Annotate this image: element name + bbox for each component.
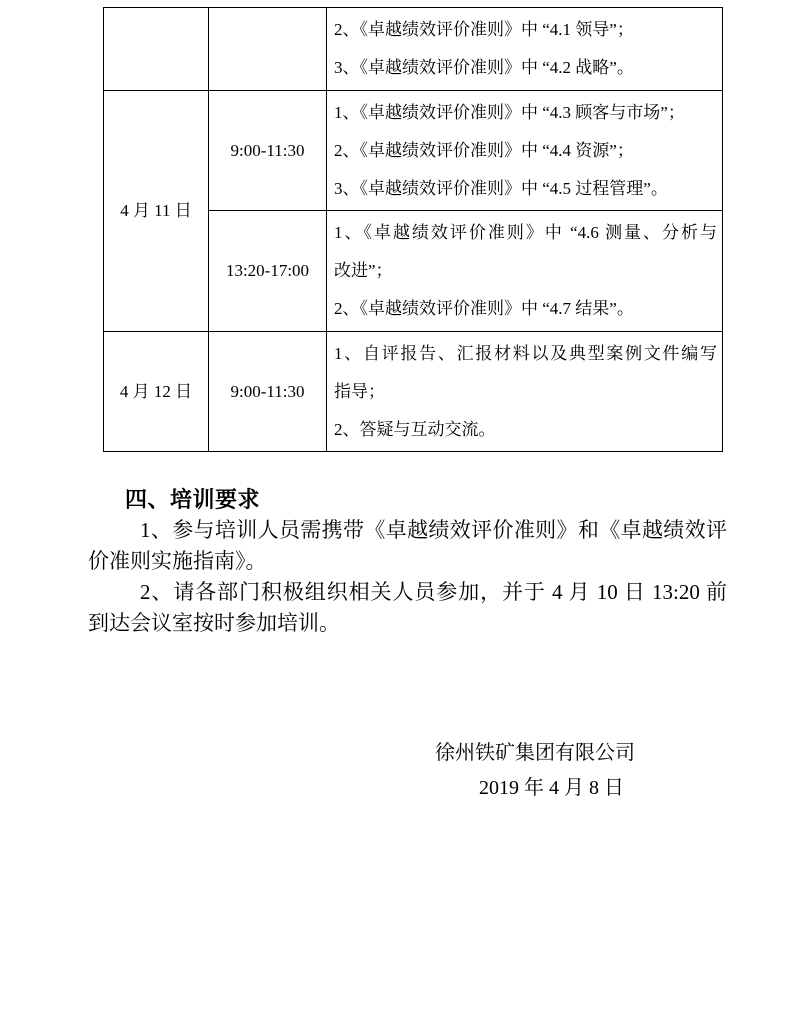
- paragraph-line: 到达会议室按时参加培训。: [88, 608, 727, 639]
- signature-company: 徐州铁矿集团有限公司: [435, 741, 635, 765]
- table-row: 4 月 12 日 9:00-11:30 1、自评报告、汇报材料以及典型案例文件编…: [104, 332, 723, 452]
- content-cell: 1、《卓越绩效评价准则》中 “4.3 顾客与市场”； 2、《卓越绩效评价准则》中…: [327, 91, 723, 211]
- content-line: 2、《卓越绩效评价准则》中 “4.4 资源”；: [334, 132, 717, 170]
- content-cell: 1、《卓越绩效评价准则》中 “4.6 测量、分析与 改进”； 2、《卓越绩效评价…: [327, 211, 723, 332]
- table-row: 2、《卓越绩效评价准则》中 “4.1 领导”； 3、《卓越绩效评价准则》中 “4…: [104, 8, 723, 91]
- content-line: 1、自评报告、汇报材料以及典型案例文件编写: [334, 335, 717, 373]
- date-cell-april-12: 4 月 12 日: [104, 332, 209, 452]
- content-line: 改进”；: [334, 252, 717, 290]
- date-cell-empty: [104, 8, 209, 91]
- time-cell-empty: [209, 8, 327, 91]
- time-cell-morning: 9:00-11:30: [209, 332, 327, 452]
- content-line: 3、《卓越绩效评价准则》中 “4.2 战略”。: [334, 49, 717, 87]
- date-cell-april-11: 4 月 11 日: [104, 91, 209, 332]
- paragraph-line: 价准则实施指南》。: [88, 546, 727, 577]
- content-line: 1、《卓越绩效评价准则》中 “4.3 顾客与市场”；: [334, 94, 717, 132]
- content-cell: 2、《卓越绩效评价准则》中 “4.1 领导”； 3、《卓越绩效评价准则》中 “4…: [327, 8, 723, 91]
- content-line: 指导；: [334, 373, 717, 411]
- content-line: 2、《卓越绩效评价准则》中 “4.1 领导”；: [334, 11, 717, 49]
- signature-date: 2019 年 4 月 8 日: [479, 776, 624, 800]
- training-schedule-table: 2、《卓越绩效评价准则》中 “4.1 领导”； 3、《卓越绩效评价准则》中 “4…: [103, 7, 723, 452]
- paragraph-line: 2、请各部门积极组织相关人员参加，并于 4 月 10 日 13:20 前: [88, 577, 727, 608]
- content-cell: 1、自评报告、汇报材料以及典型案例文件编写 指导； 2、答疑与互动交流。: [327, 332, 723, 452]
- time-cell-morning: 9:00-11:30: [209, 91, 327, 211]
- content-line: 2、《卓越绩效评价准则》中 “4.7 结果”。: [334, 290, 717, 328]
- content-line: 1、《卓越绩效评价准则》中 “4.6 测量、分析与: [334, 214, 717, 252]
- content-line: 2、答疑与互动交流。: [334, 411, 717, 449]
- section-heading: 四、培训要求: [88, 484, 727, 515]
- paragraph-line: 1、参与培训人员需携带《卓越绩效评价准则》和《卓越绩效评: [88, 515, 727, 546]
- document-page: 2、《卓越绩效评价准则》中 “4.1 领导”； 3、《卓越绩效评价准则》中 “4…: [0, 0, 793, 1035]
- content-line: 3、《卓越绩效评价准则》中 “4.5 过程管理”。: [334, 170, 717, 208]
- table-row: 4 月 11 日 9:00-11:30 1、《卓越绩效评价准则》中 “4.3 顾…: [104, 91, 723, 211]
- requirements-section: 四、培训要求 1、参与培训人员需携带《卓越绩效评价准则》和《卓越绩效评 价准则实…: [88, 484, 727, 639]
- time-cell-afternoon: 13:20-17:00: [209, 211, 327, 332]
